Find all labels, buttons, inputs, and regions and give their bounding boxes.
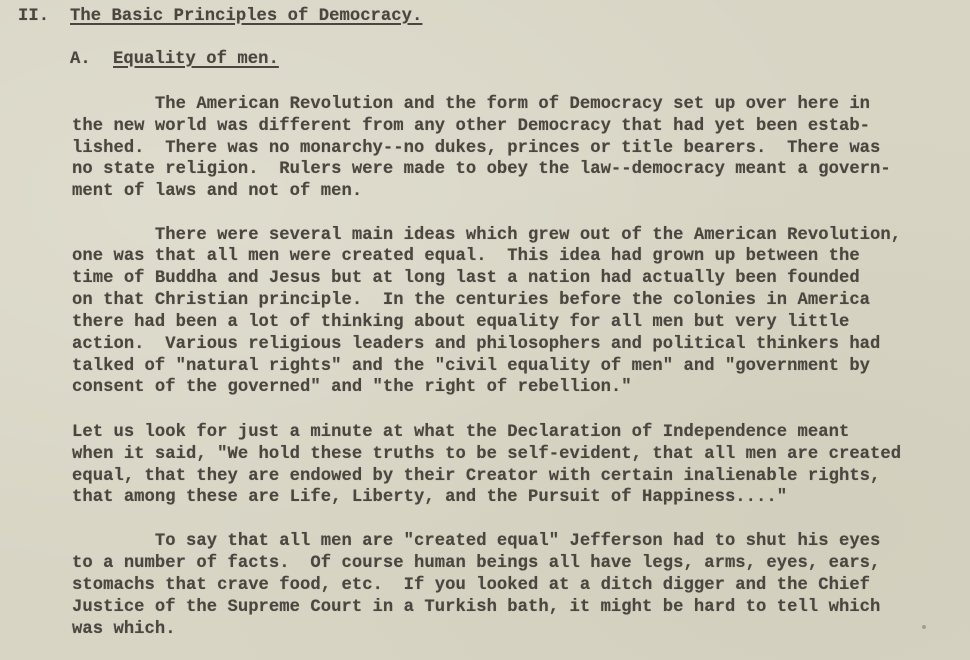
text-line: was which. <box>72 620 176 640</box>
text-line: there had been a lot of thinking about e… <box>72 313 849 333</box>
text-line: when it said, "We hold these truths to b… <box>72 445 901 465</box>
text-line: that among these are Life, Liberty, and … <box>72 488 787 508</box>
text-line: talked of "natural rights" and the "civi… <box>72 357 870 377</box>
text-line: no state religion. Rulers were made to o… <box>72 160 891 180</box>
text-line: Let us look for just a minute at what th… <box>72 423 849 443</box>
text-line: on that Christian principle. In the cent… <box>72 291 870 311</box>
text-line: Justice of the Supreme Court in a Turkis… <box>72 598 880 618</box>
text-line: equal, that they are endowed by their Cr… <box>72 467 880 487</box>
text-line: ment of laws and not of men. <box>72 182 362 202</box>
subsection-letter: A. <box>70 50 91 70</box>
text-line: action. Various religious leaders and ph… <box>72 335 880 355</box>
text-line: stomachs that crave food, etc. If you lo… <box>72 576 870 596</box>
text-line: time of Buddha and Jesus but at long las… <box>72 269 860 289</box>
text-line: the new world was different from any oth… <box>72 117 870 137</box>
section-title: The Basic Principles of Democracy. <box>70 7 422 27</box>
paper-speck <box>922 625 926 629</box>
typewritten-page: II. The Basic Principles of Democracy. A… <box>0 0 970 660</box>
section-number: II. <box>18 7 49 27</box>
text-line: consent of the governed" and "the right … <box>72 378 632 398</box>
text-line: To say that all men are "created equal" … <box>72 532 880 552</box>
text-line: one was that all men were created equal.… <box>72 247 860 267</box>
text-line: to a number of facts. Of course human be… <box>72 554 880 574</box>
text-line: There were several main ideas which grew… <box>72 226 901 246</box>
text-line: lished. There was no monarchy--no dukes,… <box>72 139 880 159</box>
text-line: The American Revolution and the form of … <box>72 95 870 115</box>
subsection-title: Equality of men. <box>113 50 279 70</box>
